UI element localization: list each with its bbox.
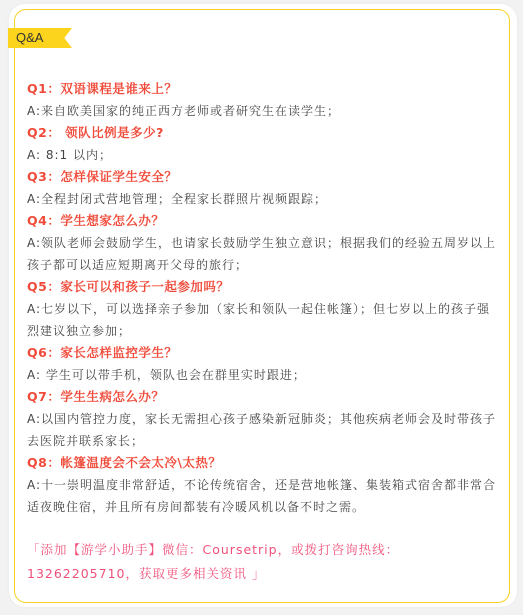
faq-answer-3: A:全程封闭式营地管理；全程家长群照片视频跟踪； <box>27 188 501 210</box>
faq-question-5: Q5：家长可以和孩子一起参加吗？ <box>27 276 501 298</box>
faq-question-2: Q2： 领队比例是多少? <box>27 122 501 144</box>
faq-question-6: Q6：家长怎样监控学生？ <box>27 342 501 364</box>
qa-tag: Q&A <box>8 28 72 48</box>
faq-question-4: Q4：学生想家怎么办？ <box>27 210 501 232</box>
faq-answer-7: A:以国内管控力度，家长无需担心孩子感染新冠肺炎；其他疾病老师会及时带孩子去医院… <box>27 408 501 452</box>
faq-answer-6: A: 学生可以带手机，领队也会在群里实时跟进； <box>27 364 501 386</box>
faq-answer-2: A: 8:1 以内； <box>27 144 501 166</box>
contact-info: 「添加【游学小助手】微信：Coursetrip，或拨打咨询热线：13262205… <box>27 538 501 586</box>
faq-question-7: Q7：学生生病怎么办？ <box>27 386 501 408</box>
faq-answer-5: A:七岁以下，可以选择亲子参加（家长和领队一起住帐篷）；但七岁以上的孩子强烈建议… <box>27 298 501 342</box>
faq-answer-8: A:十一崇明温度非常舒适，不论传统宿舍，还是营地帐篷、集装箱式宿舍都非常合适夜晚… <box>27 474 501 518</box>
faq-question-1: Q1：双语课程是谁来上？ <box>27 78 501 100</box>
faq-answer-4: A:领队老师会鼓励学生，也请家长鼓励学生独立意识；根据我们的经验五周岁以上孩子都… <box>27 232 501 276</box>
faq-question-8: Q8：帐篷温度会不会太冷\太热？ <box>27 452 501 474</box>
faq-answer-1: A:来自欧美国家的纯正西方老师或者研究生在读学生； <box>27 100 501 122</box>
faq-question-3: Q3：怎样保证学生安全？ <box>27 166 501 188</box>
faq-list: Q1：双语课程是谁来上？ A:来自欧美国家的纯正西方老师或者研究生在读学生； Q… <box>27 78 501 599</box>
